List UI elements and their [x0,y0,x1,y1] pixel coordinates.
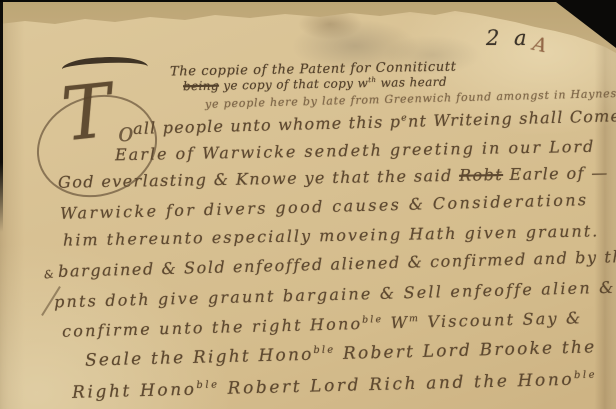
body-line-8-text: W [383,313,409,333]
heading-line-2-text: ye copy of that copy w [219,76,368,93]
manuscript-scan: 2 a A The coppie of the Patent for Conni… [0,0,616,409]
heading-line-2-end: was heard [376,75,447,90]
superscript: ble [196,379,219,391]
ornate-initial: T [58,74,115,153]
struck-word: Robt [459,165,503,185]
superscript: ble [362,314,383,326]
body-line-3-end: Earle of — [503,163,609,184]
struck-word: being [183,79,219,94]
folio-number: 2 a [486,26,531,50]
superscript: ble [574,369,597,381]
superscript: ble [313,344,335,356]
page-edge-shadow [0,0,3,232]
superscript: m [409,313,420,324]
ornate-initial-o: o [118,118,134,148]
margin-mark: & [43,267,55,281]
body-line-10-text: Right Hono [72,380,197,403]
